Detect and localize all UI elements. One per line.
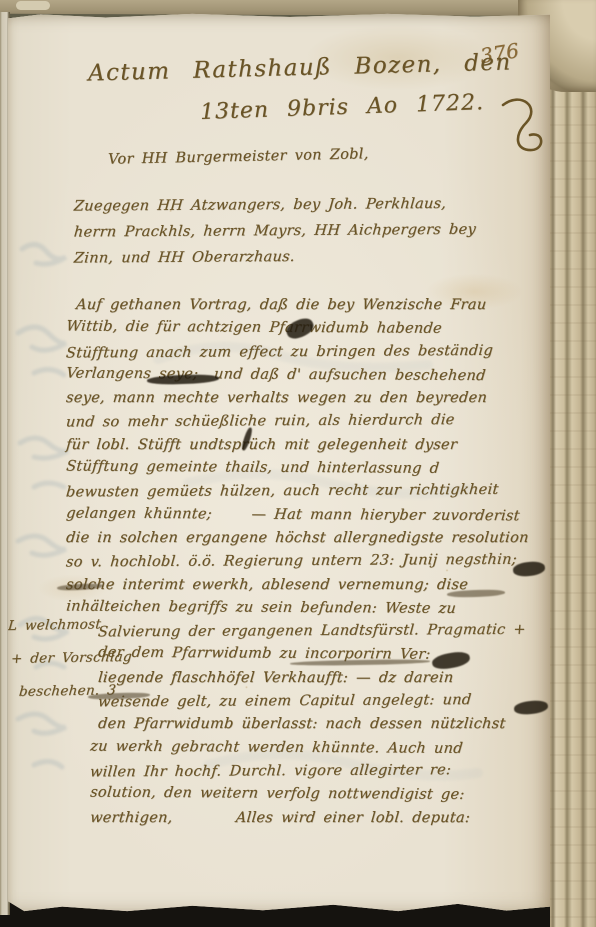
book-fore-edge [550, 0, 596, 927]
manuscript-line: liegende flaschhöfel Verkhaufft: — dz da… [97, 667, 553, 690]
manuscript-line: bewusten gemüets hülzen, auch recht zur … [65, 479, 553, 505]
manuscript-line: und so mehr schüeßliche ruin, als hierdu… [65, 409, 553, 435]
manuscript-line: Stüfftung anach zum effect zu bringen de… [65, 339, 553, 365]
manuscript-line: solution, den weitern verfolg nottwendig… [89, 782, 553, 808]
presider-line: Vor HH Burgermeister von Zobl, [108, 146, 369, 167]
manuscript-line: seye, mann mechte verhalts wegen zu den … [65, 387, 553, 410]
attendance-line: herrn Prackhls, herrn Mayrs, HH Aichperg… [73, 216, 515, 245]
archival-scan: 376 Actum Rathshauß Bozen, den 13ten 9br… [0, 0, 596, 927]
manuscript-line: willen Ihr hochf. Durchl. vigore allegir… [89, 759, 553, 785]
manuscript-line: den Pfarrwidumb überlasst: nach dessen n… [97, 713, 553, 736]
manuscript-line: zu werkh gebracht werden khünnte. Auch u… [89, 735, 553, 761]
book-head-edge [0, 0, 562, 17]
manuscript-line: inhälteichen begriffs zu sein befunden: … [65, 595, 553, 621]
attendance-block: Zuegegen HH Atzwangers, bey Joh. Perkhla… [74, 192, 514, 270]
manuscript-line: für lobl. Stüfft undtsprüch mit gelegenh… [65, 434, 553, 457]
manuscript-line: werthigen, Alles wird einer lobl. deputa… [89, 807, 553, 830]
manuscript-line: weisende gelt, zu einem Capitul angelegt… [97, 689, 553, 715]
manuscript-line: Auf gethanen Vortrag, daß die bey Wenzis… [75, 294, 553, 317]
head-edge-light-patch [16, 1, 50, 10]
manuscript-line: gelangen khünnte; — Hat mann hieryber zu… [65, 502, 553, 528]
heading-place-date: Actum Rathshauß Bozen, den [88, 49, 512, 86]
attendance-line: Zinn, und HH Oberarzhaus. [73, 242, 515, 271]
manuscript-line: Stüfftung gemeinte thails, und hinterlas… [65, 456, 553, 482]
manuscript-line: so v. hochlobl. ö.ö. Regierung untern 23… [65, 549, 553, 575]
manuscript-line: Verlangens seye; und daß d' aufsuchen be… [65, 362, 553, 388]
manuscript-line: Salvierung der ergangenen Landtsfürstl. … [97, 619, 553, 645]
body-text-block: Auf gethanen Vortrag, daß die bey Wenzis… [66, 294, 552, 830]
date-paraph-flourish [495, 97, 547, 161]
manuscript-page: 376 Actum Rathshauß Bozen, den 13ten 9br… [8, 13, 550, 912]
heading-date-line: 13ten 9bris Ao 1722. [200, 90, 485, 125]
manuscript-line: die in solchen ergangene höchst allergne… [65, 527, 553, 550]
attendance-line: Zuegegen HH Atzwangers, bey Joh. Perkhla… [73, 190, 515, 219]
